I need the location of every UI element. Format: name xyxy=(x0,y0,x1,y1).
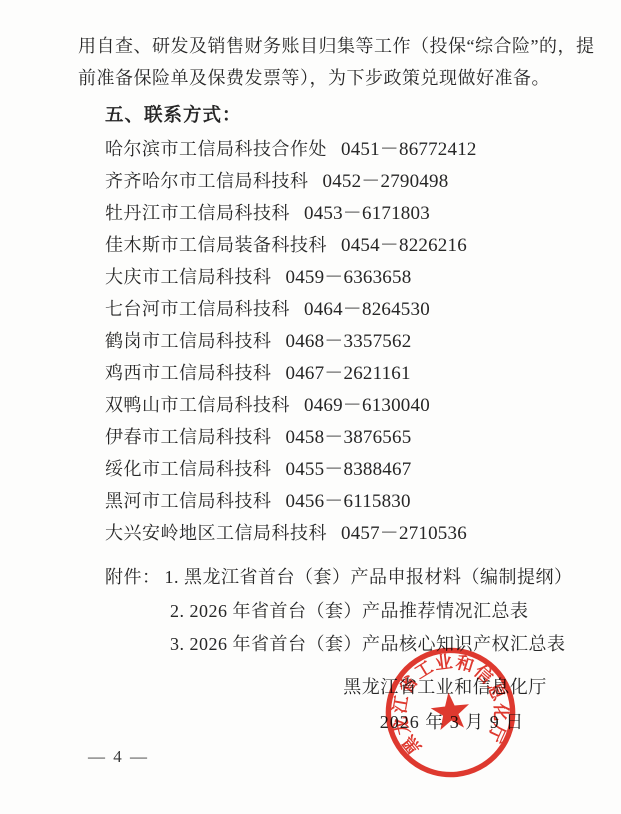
contact-dept: 大兴安岭地区工信局科技科 xyxy=(105,523,327,543)
contact-row: 伊春市工信局科技科0458－3876565 xyxy=(105,421,477,453)
contact-dept: 哈尔滨市工信局科技合作处 xyxy=(105,139,327,159)
contact-row: 七台河市工信局科技科0464－8264530 xyxy=(105,293,477,325)
contact-row: 鹤岗市工信局科技科0468－3357562 xyxy=(105,325,477,357)
issue-date: 2026 年 3 月 9 日 xyxy=(352,708,552,734)
contact-phone: 0467－2621161 xyxy=(286,363,411,384)
contact-dept: 伊春市工信局科技科 xyxy=(105,427,272,447)
contact-dept: 绥化市工信局科技科 xyxy=(105,459,272,479)
contact-row: 牡丹江市工信局科技科0453－6171803 xyxy=(105,197,477,229)
attachment-item: 1. 黑龙江省首台（套）产品申报材料（编制提纲） xyxy=(165,567,573,587)
seal-arc-text: 黑龙江省工业和信息化厅 xyxy=(383,646,516,760)
attachment-item: 2. 2026 年省首台（套）产品推荐情况汇总表 xyxy=(170,597,529,623)
contact-dept: 双鸭山市工信局科技科 xyxy=(105,395,290,415)
contact-phone: 0469－6130040 xyxy=(304,395,430,416)
contact-dept: 牡丹江市工信局科技科 xyxy=(105,203,290,223)
contact-row: 齐齐哈尔市工信局科技科0452－2790498 xyxy=(105,165,477,197)
contact-phone: 0456－6115830 xyxy=(286,491,411,512)
contact-dept: 鸡西市工信局科技科 xyxy=(105,363,272,383)
contact-dept: 黑河市工信局科技科 xyxy=(105,491,272,511)
contact-phone: 0451－86772412 xyxy=(341,139,477,160)
attachment-item: 3. 2026 年省首台（套）产品核心知识产权汇总表 xyxy=(170,630,566,656)
contact-row: 黑河市工信局科技科0456－6115830 xyxy=(105,485,477,517)
attachments-label: 附件： xyxy=(105,567,161,587)
attachments-line-1: 附件：1. 黑龙江省首台（套）产品申报材料（编制提纲） xyxy=(105,563,573,589)
contact-dept: 鹤岗市工信局科技科 xyxy=(105,331,272,351)
contact-phone: 0457－2710536 xyxy=(341,523,467,544)
contact-phone: 0464－8264530 xyxy=(304,299,430,320)
body-paragraph: 用自查、研发及销售财务账目归集等工作（投保“综合险”的，提 前准备保险单及保费发… xyxy=(78,30,554,94)
paragraph-line: 用自查、研发及销售财务账目归集等工作（投保“综合险”的，提 xyxy=(78,30,554,62)
contact-phone: 0452－2790498 xyxy=(323,171,449,192)
contact-phone: 0455－8388467 xyxy=(286,459,412,480)
page-number: — 4 — xyxy=(88,747,149,767)
contact-dept: 佳木斯市工信局装备科技科 xyxy=(105,235,327,255)
contact-row: 大庆市工信局科技科0459－6363658 xyxy=(105,261,477,293)
contact-row: 佳木斯市工信局装备科技科0454－8226216 xyxy=(105,229,477,261)
section-heading: 五、联系方式： xyxy=(105,101,242,127)
paragraph-line: 前准备保险单及保费发票等），为下步政策兑现做好准备。 xyxy=(78,62,554,94)
contact-dept: 大庆市工信局科技科 xyxy=(105,267,272,287)
contact-row: 绥化市工信局科技科0455－8388467 xyxy=(105,453,477,485)
contact-phone: 0454－8226216 xyxy=(341,235,467,256)
contact-list: 哈尔滨市工信局科技合作处0451－86772412 齐齐哈尔市工信局科技科045… xyxy=(105,133,477,549)
contact-dept: 齐齐哈尔市工信局科技科 xyxy=(105,171,309,191)
contact-phone: 0468－3357562 xyxy=(286,331,412,352)
contact-row: 双鸭山市工信局科技科0469－6130040 xyxy=(105,389,477,421)
contact-phone: 0459－6363658 xyxy=(286,267,412,288)
contact-phone: 0453－6171803 xyxy=(304,203,430,224)
contact-phone: 0458－3876565 xyxy=(286,427,412,448)
document-page: 用自查、研发及销售财务账目归集等工作（投保“综合险”的，提 前准备保险单及保费发… xyxy=(0,0,621,814)
contact-row: 鸡西市工信局科技科0467－2621161 xyxy=(105,357,477,389)
issuer-name: 黑龙江省工业和信息化厅 xyxy=(340,673,550,699)
contact-dept: 七台河市工信局科技科 xyxy=(105,299,290,319)
contact-row: 哈尔滨市工信局科技合作处0451－86772412 xyxy=(105,133,477,165)
contact-row: 大兴安岭地区工信局科技科0457－2710536 xyxy=(105,517,477,549)
